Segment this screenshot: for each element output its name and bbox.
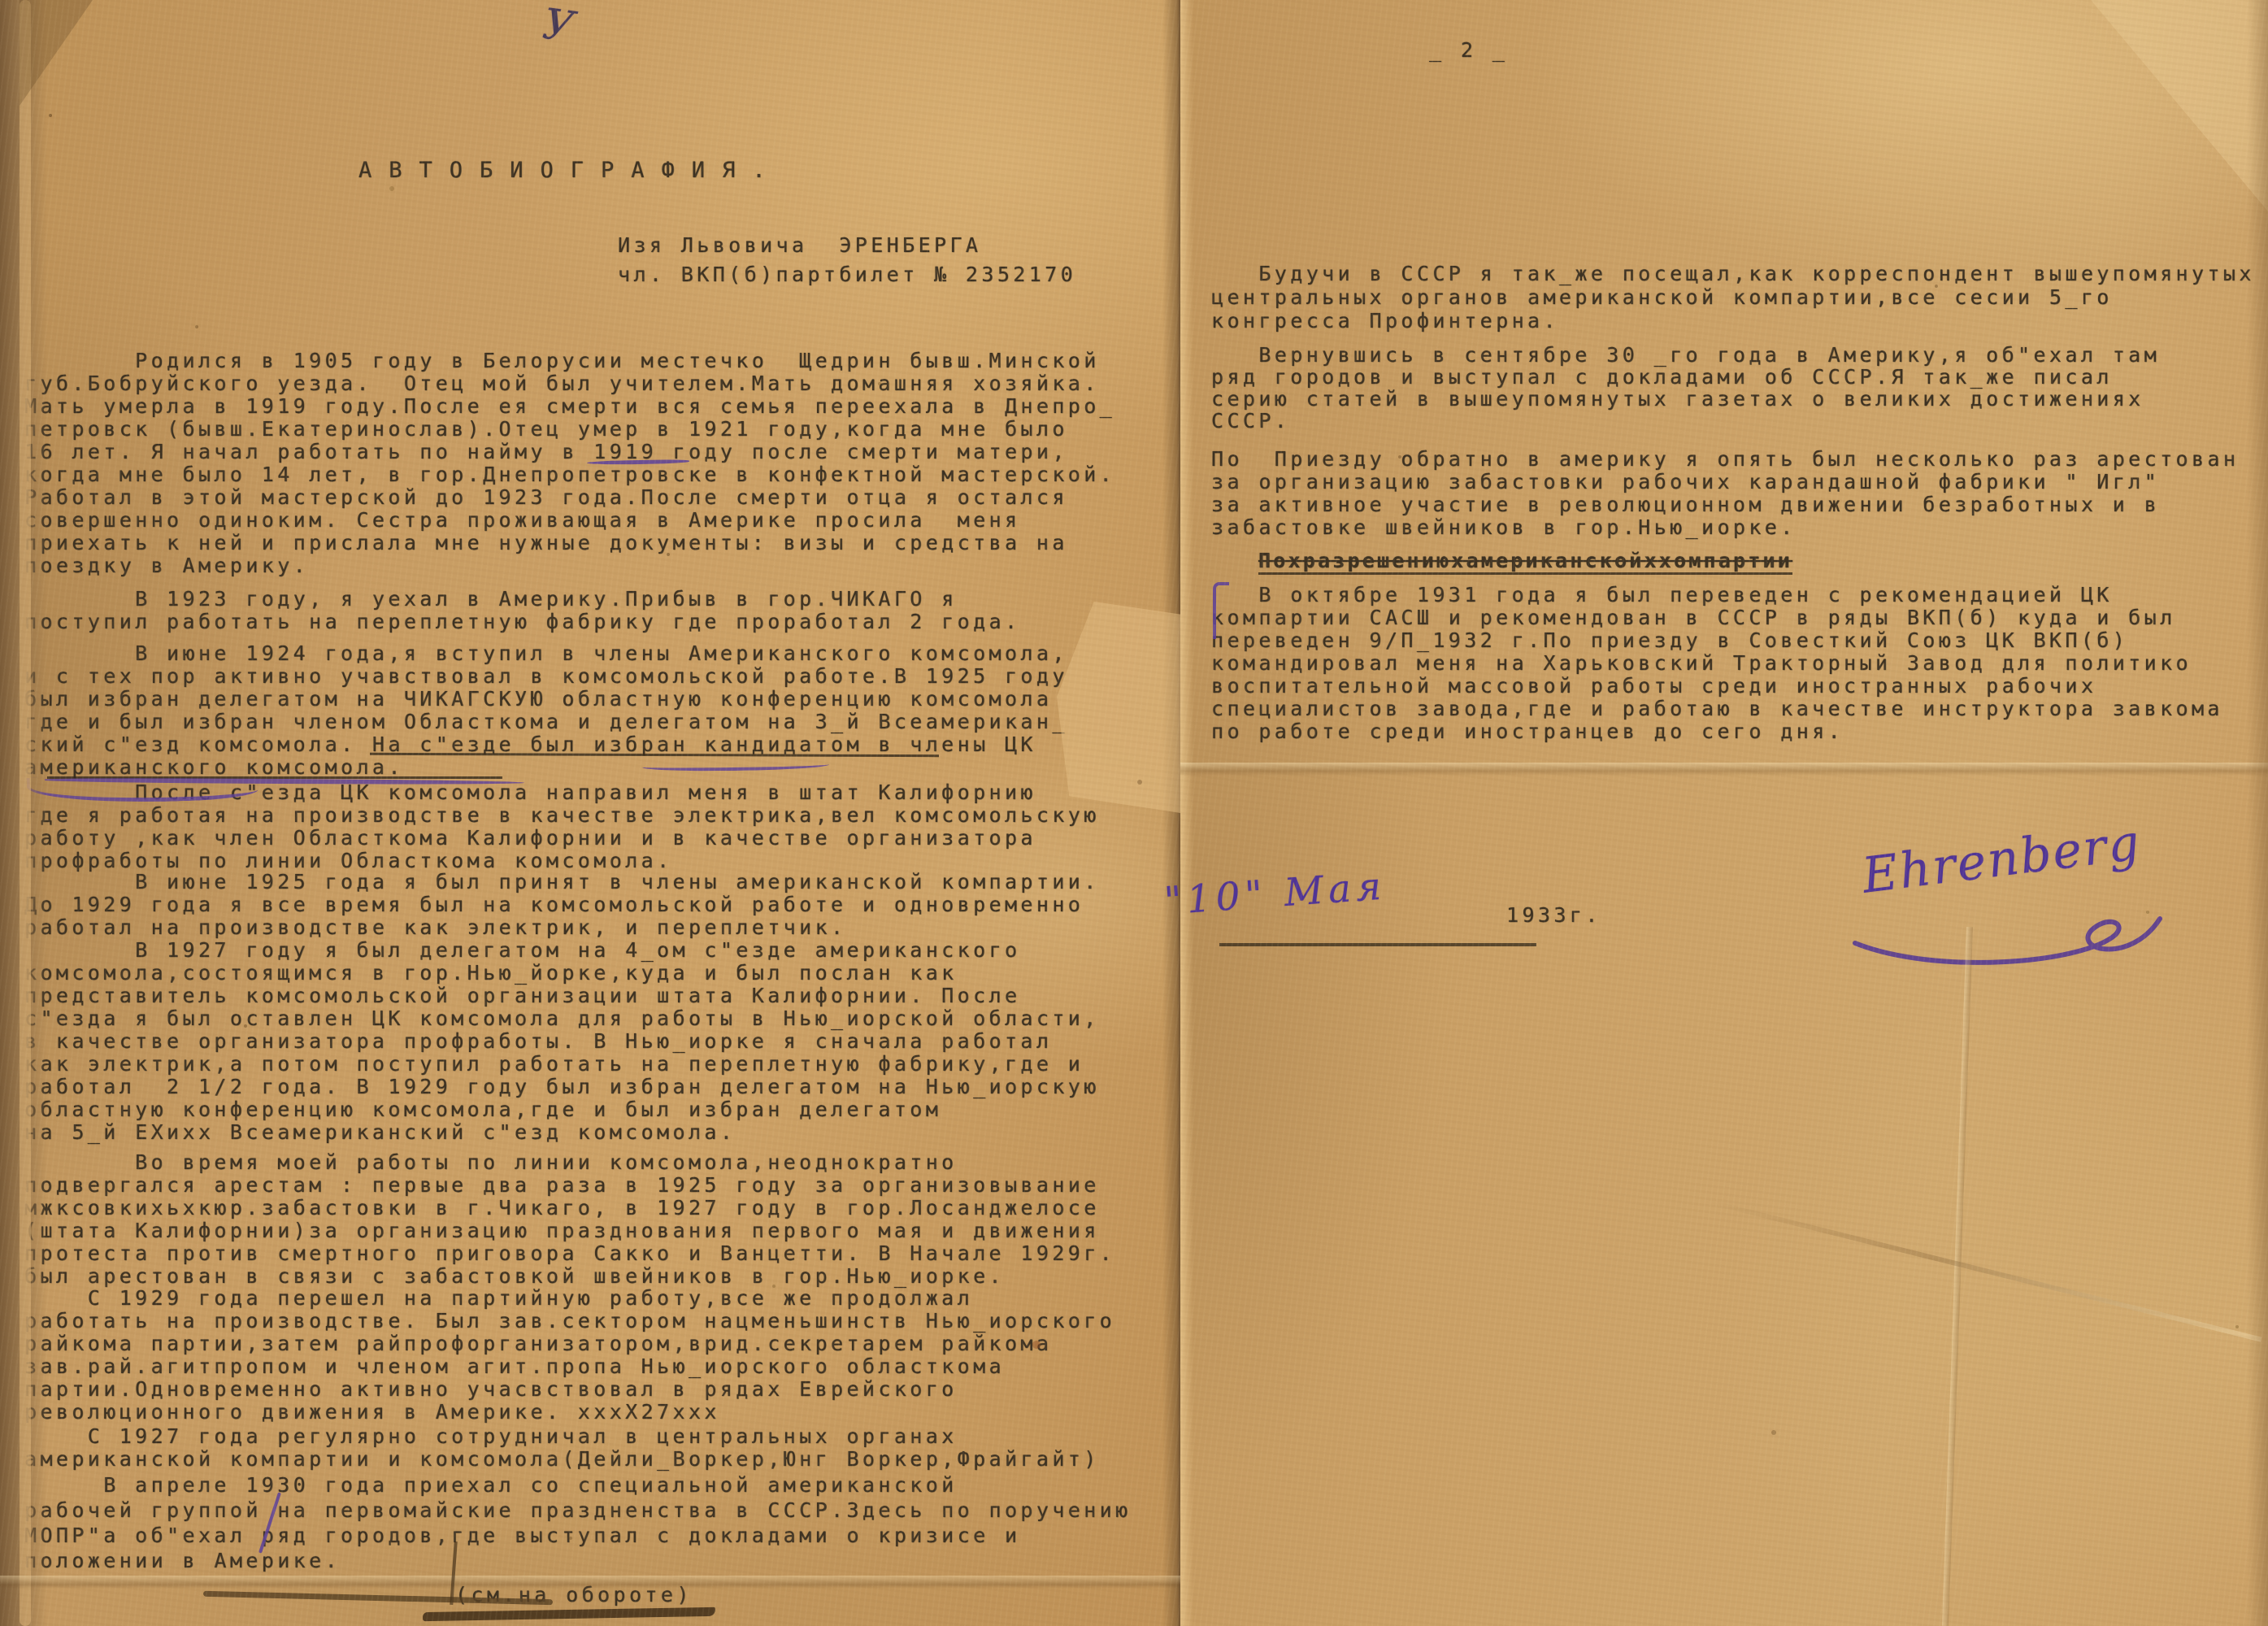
right-edge-shade — [2247, 0, 2268, 1626]
paragraph: В 1927 году я был делегатом на 4_ом с"ез… — [24, 939, 1100, 1144]
diagonal-crease — [1709, 1199, 2262, 1341]
scan-root: У АВТОБИОГРАФИЯ. Изя Львовича ЭРЕНБЕРГА … — [0, 0, 2268, 1626]
see-overleaf-note: (см.на обороте) — [455, 1584, 693, 1606]
paragraph: В апреле 1930 года приехал со специально… — [24, 1472, 1132, 1573]
paragraph: В июне 1924 года,я вступил в члены Амери… — [24, 642, 1068, 779]
bottom-crack — [423, 1607, 715, 1621]
paragraph: В 1923 году, я уехал в Америку.Прибыв в … — [24, 588, 1020, 633]
paper-specks — [49, 114, 52, 117]
paragraph: Будучи в СССР я так_же посещал,как корре… — [1211, 262, 2255, 333]
date-handwritten: "10" Мая — [1162, 864, 1387, 924]
paragraph: Во время моей работы по линии комсомола,… — [24, 1151, 1115, 1288]
paragraph: В июне 1925 года я был принят в члены ам… — [24, 871, 1100, 939]
author-line: Изя Львовича ЭРЕНБЕРГА чл. ВКП(б)партбил… — [618, 231, 1076, 289]
paragraph: Родился в 1905 году в Белорусии местечко… — [24, 350, 1115, 577]
paragraph: После с"езда ЦК комсомола направил меня … — [24, 781, 1100, 872]
page-1: У АВТОБИОГРАФИЯ. Изя Львовича ЭРЕНБЕРГА … — [0, 0, 1180, 1626]
page-edge-highlight — [1180, 0, 1193, 1626]
paragraph: По Приезду обратно в америку я опять был… — [1211, 448, 2239, 539]
corner-light — [2091, 0, 2268, 211]
signature-flourish — [1839, 886, 2180, 976]
page-2: _ 2 _ Будучи в СССР я так_же посещал,как… — [1180, 0, 2268, 1626]
typed-underline — [1219, 943, 1536, 946]
vertical-crease — [1942, 927, 1973, 1626]
page-number: _ 2 _ — [1429, 39, 1508, 62]
torn-left-edge-highlight — [20, 0, 31, 1626]
struck-out-line: Похразрешениюхамериканскойххомпартии — [1258, 550, 1792, 575]
page-seam-shadow — [1162, 0, 1180, 1626]
paragraph: В октябре 1931 года я был переведен с ре… — [1211, 584, 2223, 743]
paragraph: Вернувшись в сентябре 30 _го года в Амер… — [1211, 344, 2160, 432]
handwritten-page-mark: У — [540, 0, 577, 52]
paragraph: С 1927 года регулярно сотрудничал в цент… — [24, 1425, 1100, 1471]
paragraph: С 1929 года перешел на партийную работу,… — [24, 1287, 1115, 1424]
document-title: АВТОБИОГРАФИЯ. — [358, 159, 783, 182]
horizontal-crease — [1180, 763, 2268, 776]
date-typed: 1933г. — [1506, 904, 1601, 927]
